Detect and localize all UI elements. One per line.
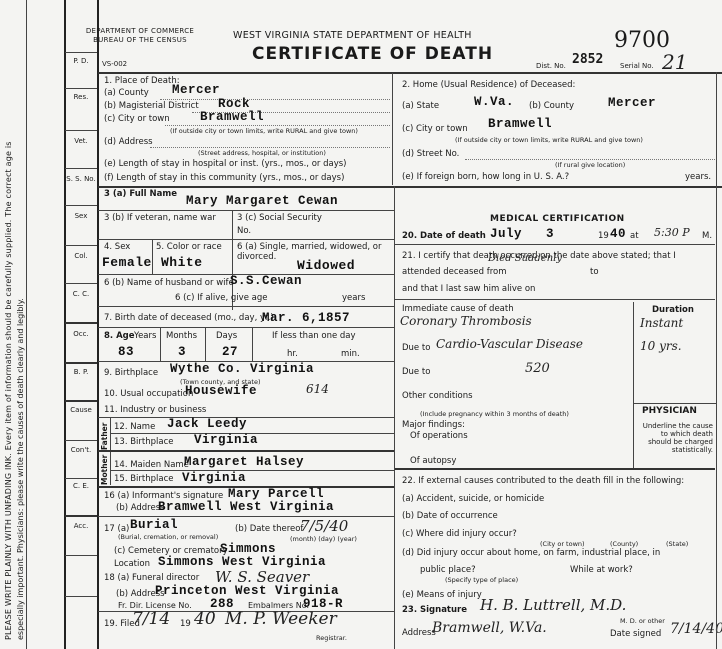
other-conditions-label: Other conditions (402, 391, 473, 401)
birth-date-value: Mar. 6,1857 (262, 311, 350, 325)
res-city-label: (c) City or town (402, 124, 468, 134)
date-signed-label: Date signed (610, 629, 661, 639)
informant-signature: Mary Parcell (228, 487, 324, 501)
death-at-label: at (630, 231, 639, 241)
row-rule (634, 403, 716, 404)
duration-divider (633, 302, 634, 470)
funeral-director-label: 18 (a) Funeral director (104, 573, 199, 583)
pod-city-label: (c) City or town (104, 114, 170, 124)
due-to-2-label: Due to (402, 367, 430, 377)
pod-county-value: Mercer (172, 83, 220, 97)
attended-label: attended deceased from (402, 267, 507, 277)
side-label-sex: Sex (66, 212, 96, 220)
side-label-cc: C. C. (66, 290, 96, 298)
margin-instruction-line2: especially important. Physicians: please… (16, 298, 25, 640)
occupation-label: 10. Usual occupation (104, 389, 193, 399)
dept-commerce: DEPARTMENT OF COMMERCE (80, 27, 200, 35)
side-divider (65, 283, 97, 284)
pod-stay-community-label: (f) Length of stay in this community (yr… (104, 173, 344, 183)
res-state-label: (a) State (402, 101, 439, 111)
autopsy-label: Of autopsy (410, 456, 456, 466)
mother-name-label: 14. Maiden Name (114, 460, 189, 470)
due-to-1-value: Cardio-Vascular Disease (436, 337, 583, 351)
res-city-note: (If outside city or town limits, write R… (455, 136, 643, 144)
dist-number: 2852 (572, 52, 603, 67)
mother-label: Mother (100, 455, 109, 485)
external-a-label: (a) Accident, suicide, or homicide (402, 494, 544, 504)
race-value: White (161, 255, 203, 270)
column-divider (394, 186, 395, 649)
registrar-label: Registrar. (316, 634, 347, 642)
age-days-label: Days (216, 331, 237, 341)
physician-address: Bramwell, W.Va. (432, 620, 547, 636)
row-rule (395, 299, 715, 300)
residence-heading: 2. Home (Usual Residence) of Deceased: (402, 80, 575, 90)
agency-title: WEST VIRGINIA STATE DEPARTMENT OF HEALTH (233, 30, 472, 41)
row-rule (98, 327, 394, 328)
form-code: VS-002 (102, 60, 127, 68)
duration-1: Instant (640, 316, 683, 330)
age-days-value: 27 (222, 345, 238, 359)
social-security-label: 3 (c) Social Security (237, 213, 322, 223)
date-signed-value: 7/14/40 (670, 621, 722, 637)
side-divider (65, 555, 97, 556)
death-time: 5:30 P (654, 226, 690, 239)
occupation-value: Housewife (185, 384, 257, 398)
hr-label: hr. (287, 349, 298, 359)
cemetery-value: Simmons (220, 542, 276, 556)
res-foreign-unit: years. (685, 172, 711, 182)
col-divider (252, 328, 253, 361)
immediate-cause-value: Coronary Thrombosis (400, 314, 532, 328)
director-address: Princeton West Virginia (155, 584, 339, 598)
row-rule (98, 450, 394, 452)
while-at-work-label: While at work? (570, 565, 633, 575)
death-year: 40 (610, 227, 626, 241)
birthplace-label: 9. Birthplace (104, 368, 158, 378)
row-rule (395, 244, 715, 245)
side-label-occ: Occ. (66, 330, 96, 338)
marital-value: Widowed (297, 258, 355, 273)
father-name-label: 12. Name (114, 422, 155, 432)
section-divider (392, 73, 393, 185)
pod-district-label: (b) Magisterial District (104, 101, 199, 111)
filed-year-prefix: 19 (180, 619, 191, 629)
side-divider (65, 440, 97, 441)
side-label-acc: Acc. (66, 522, 96, 530)
side-divider (65, 205, 97, 206)
res-foreign-label: (e) If foreign born, how long in U. S. A… (402, 172, 569, 182)
side-divider (65, 515, 97, 517)
physician-signature: H. B. Luttrell, M.D. (480, 596, 626, 614)
due-to-2-value: 520 (525, 361, 550, 376)
race-label: 5. Color or race (156, 242, 222, 252)
external-c-note-county: (County) (610, 540, 638, 548)
death-month-day: July 3 (490, 227, 554, 241)
informant-address: Bramwell West Virginia (158, 500, 334, 514)
burial-date-note: (month) (day) (year) (290, 535, 357, 543)
dotted-line (465, 159, 715, 160)
full-name-label: 3 (a) Full Name (104, 189, 177, 199)
side-label-vet: Vet. (66, 137, 96, 145)
side-divider (65, 596, 97, 597)
place-of-death-heading: 1. Place of Death: (104, 76, 180, 86)
form-left-border (97, 0, 99, 649)
side-label-col: Col. (66, 252, 96, 260)
filed-year: 40 (194, 609, 216, 629)
side-divider (65, 400, 97, 402)
full-name-value: Mary Margaret Cewan (186, 194, 338, 208)
spouse-label: 6 (b) Name of husband or wife (104, 278, 234, 288)
side-divider (65, 130, 97, 131)
father-name-value: Jack Leedy (167, 417, 247, 431)
dist-label: Dist. No. (536, 62, 566, 70)
major-findings-label: Major findings: (402, 420, 465, 430)
burial-date-value: 7/5/40 (300, 517, 348, 535)
margin-instruction-line1: PLEASE WRITE PLAINLY WITH UNFADING INK. … (4, 141, 13, 640)
row-rule (98, 306, 394, 307)
res-street-note: (If rural give location) (555, 161, 625, 169)
header-rule (98, 72, 722, 74)
pod-county-label: (a) County (104, 88, 149, 98)
physician-note: Underline the cause to which death shoul… (637, 422, 713, 454)
ss-no-label: No. (237, 226, 251, 236)
sex-label: 4. Sex (104, 242, 130, 252)
col-divider (160, 328, 161, 361)
external-c-note-city: (City or town) (540, 540, 585, 548)
attended-note: Died Suddenly (488, 253, 562, 264)
address-label: Address (402, 628, 436, 638)
external-c-label: (c) Where did injury occur? (402, 529, 517, 539)
disposition-value: Burial (130, 518, 178, 532)
veteran-label: 3 (b) If veteran, name war (104, 213, 216, 223)
external-heading: 22. If external causes contributed to th… (402, 476, 684, 486)
birthplace-value: Wythe Co. Virginia (170, 362, 314, 376)
mother-birthplace-label: 15. Birthplace (114, 474, 174, 484)
burial-date-label: (b) Date thereof (235, 524, 303, 534)
mother-birthplace-value: Virginia (182, 471, 246, 485)
pod-district-value: Rock (218, 97, 250, 111)
less-than-day-label: If less than one day (272, 331, 356, 341)
operations-label: Of operations (410, 431, 468, 441)
sex-value: Female (102, 255, 152, 270)
medical-cert-heading: MEDICAL CERTIFICATION (490, 214, 625, 224)
external-d-note: (Specify type of place) (445, 576, 518, 584)
registrar-signature: M. P. Weeker (225, 609, 337, 629)
external-d-label: (d) Did injury occur about home, on farm… (402, 548, 660, 558)
pod-city-value: Bramwell (200, 110, 264, 124)
certificate-title: CERTIFICATE OF DEATH (252, 44, 493, 64)
side-label-ssno: S. S. No. (66, 175, 96, 183)
age-years-label: Years (134, 331, 156, 341)
section-rule (98, 186, 722, 188)
pod-city-note: (If outside city or town limits, write R… (170, 127, 358, 135)
filed-date: 7/14 (132, 609, 170, 629)
immediate-cause-label: Immediate cause of death (402, 304, 514, 314)
pod-address-note: (Street address, hospital, or institutio… (198, 149, 326, 157)
row-rule (110, 470, 394, 471)
death-m-label: M. (702, 231, 712, 241)
last-seen-label: and that I last saw him alive on (402, 284, 535, 294)
physician-heading: PHYSICIAN (642, 406, 697, 416)
row-rule (98, 239, 394, 240)
serial-label: Serial No. (620, 62, 654, 70)
side-label-cont: Con't. (66, 446, 96, 454)
side-divider (65, 478, 97, 479)
min-label: min. (341, 349, 360, 359)
right-border (716, 72, 717, 649)
res-state-value: W.Va. (474, 95, 514, 109)
side-divider (65, 322, 97, 324)
signature-label: 23. Signature (402, 605, 467, 615)
pregnancy-note: (Include pregnancy within 3 months of de… (420, 410, 569, 418)
attended-to-label: to (590, 267, 599, 277)
external-d-label2: public place? (420, 565, 476, 575)
duration-2: 10 yrs. (640, 339, 682, 353)
res-street-label: (d) Street No. (402, 149, 459, 159)
row-rule (98, 210, 394, 211)
dotted-line (165, 125, 390, 126)
father-birthplace-value: Virginia (194, 433, 258, 447)
side-label-ce: C. E. (66, 482, 96, 490)
row-rule (98, 516, 394, 517)
pod-address-label: (d) Address (104, 137, 153, 147)
serial-number: 21 (662, 50, 687, 74)
side-divider (65, 52, 97, 53)
birth-date-label: 7. Birth date of deceased (mo., day, yr.… (104, 313, 274, 323)
row-rule (395, 468, 715, 470)
death-date-label: 20. Date of death (402, 231, 486, 241)
location-value: Simmons West Virginia (158, 555, 326, 569)
age-label: 8. Age (104, 331, 135, 341)
outer-border (26, 0, 27, 649)
duration-label: Duration (652, 305, 694, 315)
side-divider (65, 88, 97, 89)
side-label-bp: B. P. (66, 368, 96, 376)
spouse-age-label: 6 (c) If alive, give age (175, 293, 267, 303)
res-city-value: Bramwell (488, 117, 552, 131)
md-note: M. D. or other (620, 617, 665, 625)
age-years-value: 83 (118, 345, 134, 359)
mother-name-value: Margaret Halsey (184, 455, 304, 469)
disposition-note: (Burial, cremation, or removal) (118, 533, 218, 541)
external-b-label: (b) Date of occurrence (402, 511, 498, 521)
age-months-label: Months (166, 331, 197, 341)
col-divider (205, 328, 206, 361)
res-county-label: (b) County (529, 101, 574, 111)
side-label-pd: P. D. (66, 57, 96, 65)
side-label-cause: Cause (66, 406, 96, 414)
death-year-prefix: 19 (598, 231, 609, 241)
occupation-code: 614 (306, 382, 329, 396)
pod-stay-hospital-label: (e) Length of stay in hospital or inst. … (104, 159, 347, 169)
external-e-label: (e) Means of injury (402, 590, 482, 600)
external-c-note-state: (State) (666, 540, 688, 548)
spouse-age-unit: years (342, 293, 365, 303)
due-to-1-label: Due to (402, 343, 430, 353)
spouse-value: S.S.Cewan (230, 274, 302, 288)
bureau-census: BUREAU OF THE CENSUS (80, 36, 200, 44)
side-divider (65, 362, 97, 364)
father-birthplace-label: 13. Birthplace (114, 437, 174, 447)
side-divider (65, 245, 97, 246)
location-label: Location (114, 559, 150, 569)
col-divider (152, 239, 153, 274)
dotted-line (160, 99, 390, 100)
side-label-res: Res. (66, 93, 96, 101)
dotted-line (150, 147, 390, 148)
father-label: Father (100, 423, 109, 450)
res-county-value: Mercer (608, 96, 656, 110)
side-divider (65, 168, 97, 169)
industry-label: 11. Industry or business (104, 405, 206, 415)
age-months-value: 3 (178, 345, 186, 359)
